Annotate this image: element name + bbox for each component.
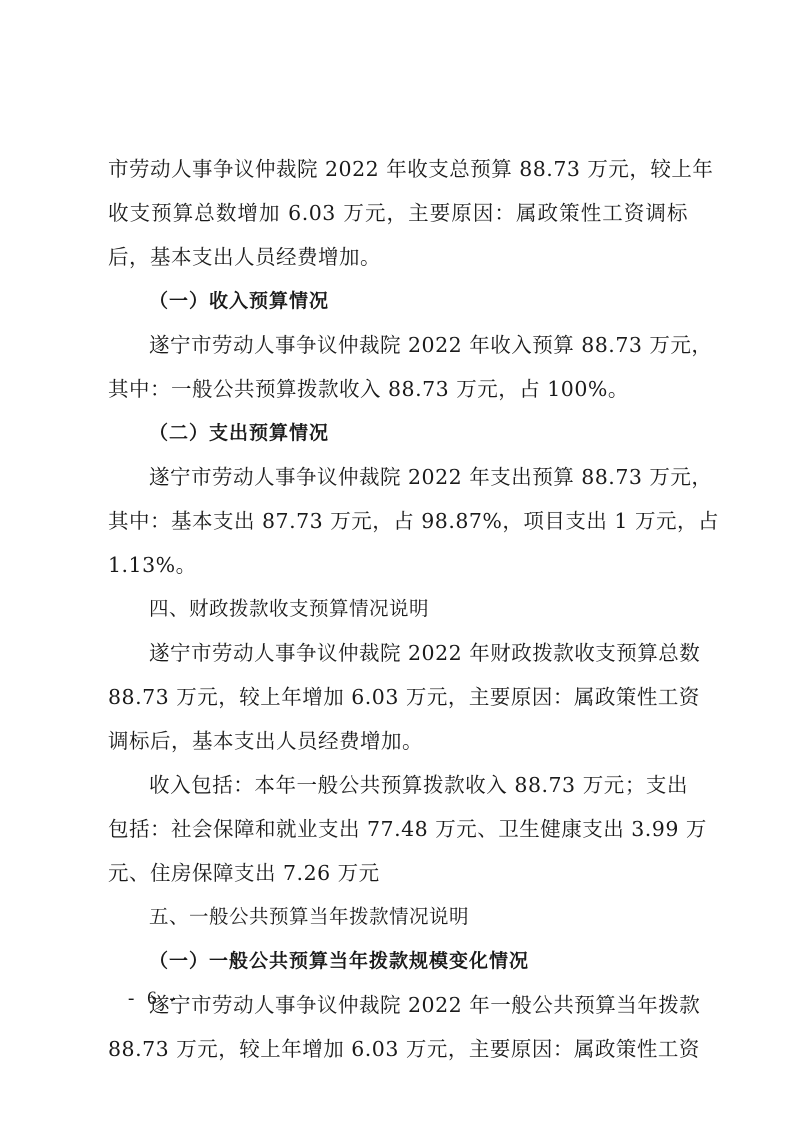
body-line: 后，基本支出人员经费增加。 <box>108 235 688 279</box>
document-page: 市劳动人事争议仲裁院 2022 年收支总预算 88.73 万元，较上年 收支预算… <box>108 147 688 1071</box>
subsection-heading-scale-change: （一）一般公共预算当年拨款规模变化情况 <box>108 939 688 983</box>
body-line: 88.73 万元，较上年增加 6.03 万元，主要原因：属政策性工资 <box>108 675 688 719</box>
subsection-heading-income-budget: （一）收入预算情况 <box>108 279 688 323</box>
body-line: 1.13%。 <box>108 543 688 587</box>
body-line: 市劳动人事争议仲裁院 2022 年收支总预算 88.73 万元，较上年 <box>108 147 688 191</box>
section-heading-general-public-budget: 五、一般公共预算当年拨款情况说明 <box>108 895 688 939</box>
section-heading-fiscal-appropriation: 四、财政拨款收支预算情况说明 <box>108 587 688 631</box>
body-line: 其中：基本支出 87.73 万元，占 98.87%，项目支出 1 万元，占 <box>108 499 688 543</box>
body-line: 元、住房保障支出 7.26 万元 <box>108 851 688 895</box>
body-line: 收入包括：本年一般公共预算拨款收入 88.73 万元；支出 <box>108 763 688 807</box>
body-line: 收支预算总数增加 6.03 万元，主要原因：属政策性工资调标 <box>108 191 688 235</box>
body-line: 其中：一般公共预算拨款收入 88.73 万元，占 100%。 <box>108 367 688 411</box>
body-line: 遂宁市劳动人事争议仲裁院 2022 年财政拨款收支预算总数 <box>108 631 688 675</box>
subsection-heading-expenditure-budget: （二）支出预算情况 <box>108 411 688 455</box>
body-line: 包括：社会保障和就业支出 77.48 万元、卫生健康支出 3.99 万 <box>108 807 688 851</box>
body-line: 调标后，基本支出人员经费增加。 <box>108 719 688 763</box>
page-number: - 6 - <box>128 988 180 1010</box>
body-line: 遂宁市劳动人事争议仲裁院 2022 年一般公共预算当年拨款 <box>108 983 688 1027</box>
body-line: 88.73 万元，较上年增加 6.03 万元，主要原因：属政策性工资 <box>108 1027 688 1071</box>
body-line: 遂宁市劳动人事争议仲裁院 2022 年收入预算 88.73 万元， <box>108 323 688 367</box>
body-line: 遂宁市劳动人事争议仲裁院 2022 年支出预算 88.73 万元， <box>108 455 688 499</box>
